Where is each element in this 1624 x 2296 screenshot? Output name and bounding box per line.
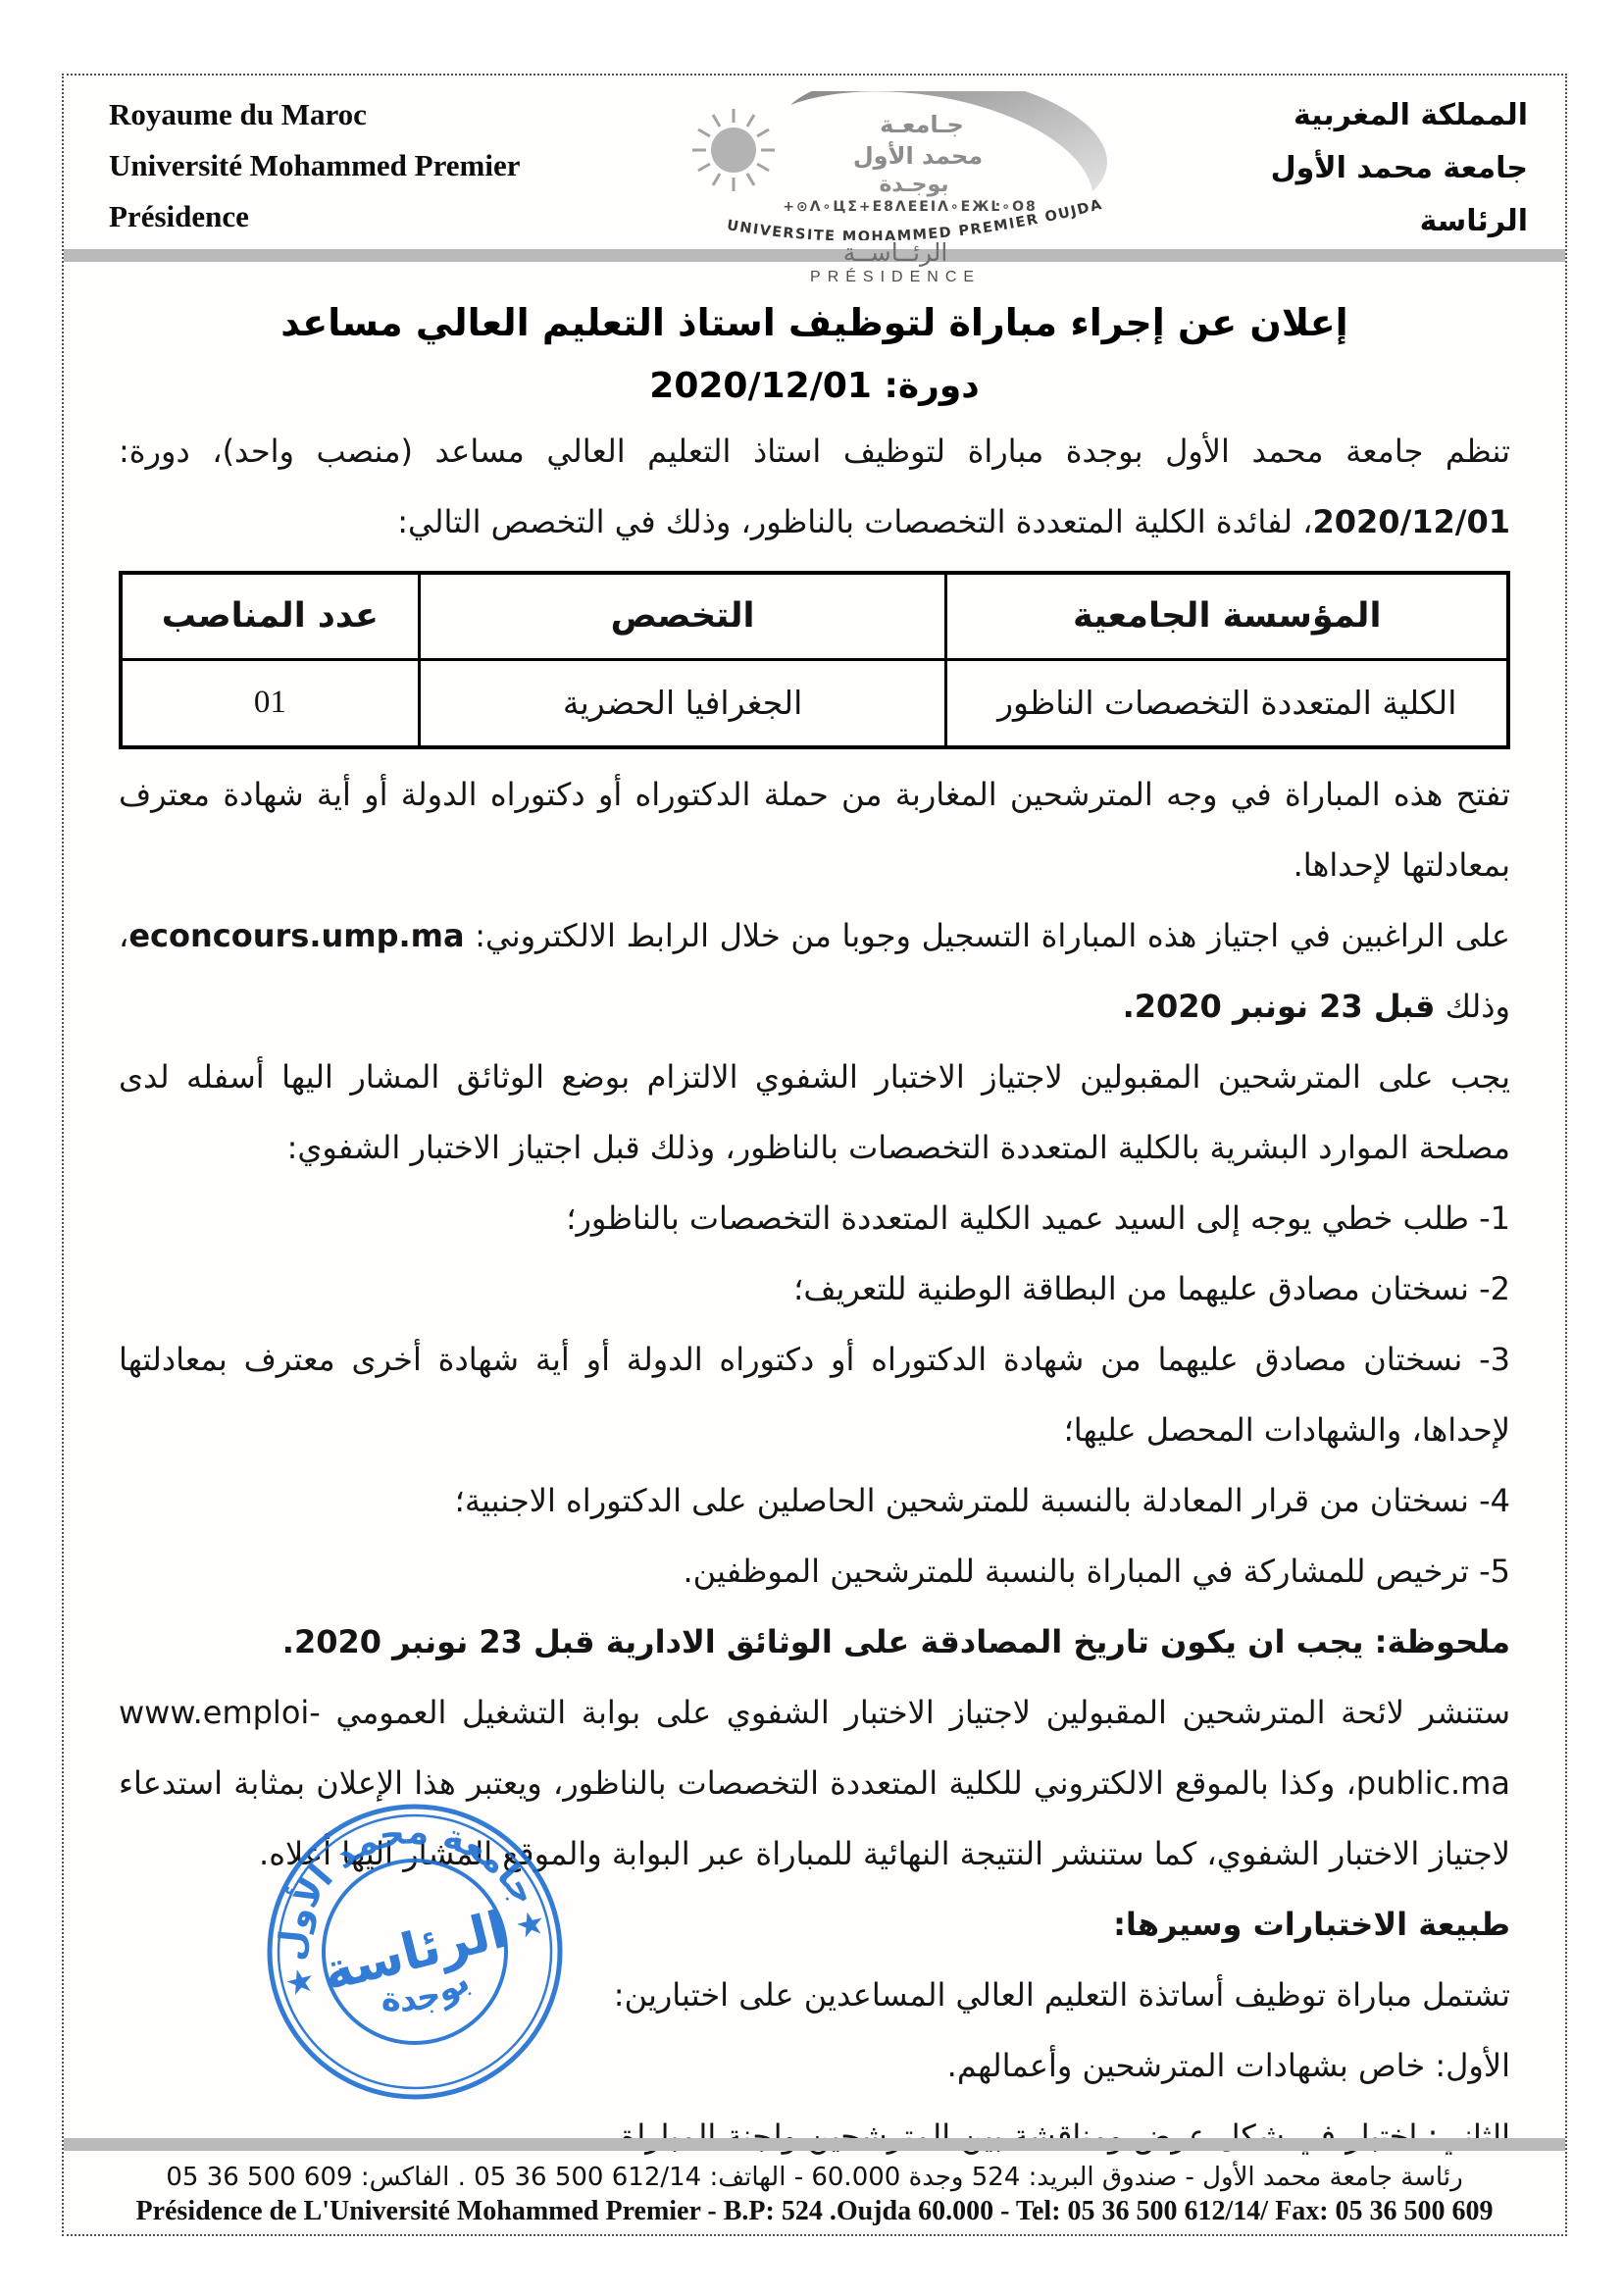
eligibility-paragraph: تفتح هذه المباراة في وجه المترشحين المغا…: [119, 759, 1510, 900]
logo-arabic-3: بوجـدة: [879, 173, 948, 197]
publication-paragraph: ستنشر لائحة المترشحين المقبولين لاجتياز …: [119, 1677, 1510, 1889]
logo-tifinagh: +⊙Λ∘ЦΣ+Ε8ΛΕΕΙΛ∘ΕЖĿ∘O8: [783, 199, 1037, 215]
col-posts: عدد المناصب: [121, 573, 419, 659]
registration-paragraph: على الراغبين في اجتياز هذه المباراة التس…: [119, 900, 1510, 1042]
logo-arabic-2: محمد الأول: [853, 141, 983, 170]
registration-text: على الراغبين في اجتياز هذه المباراة التس…: [465, 917, 1510, 954]
kingdom-fr: Royaume du Maroc: [109, 89, 521, 140]
announcement-title: إعلان عن إجراء مباراة لتوظيف استاذ التعل…: [119, 301, 1510, 344]
session-line: دورة: 2020/12/01: [119, 366, 1510, 406]
publication-text: ستنشر لائحة المترشحين المقبولين لاجتياز …: [321, 1694, 1510, 1731]
col-specialty: التخصص: [419, 573, 946, 659]
presidency-fr: Présidence: [109, 191, 521, 242]
university-logo: جـامعـة محمد الأول بوجـدة +⊙Λ∘ЦΣ+Ε8ΛΕΕΙΛ…: [660, 91, 1131, 286]
exams-intro: تشتمل مباراة توظيف أساتذة التعليم العالي…: [119, 1960, 1510, 2030]
document-frame: Royaume du Maroc Université Mohammed Pre…: [62, 74, 1567, 2236]
university-ar: جامعة محمد الأول: [1271, 142, 1528, 195]
logo-arabic-1: جـامعـة: [880, 111, 964, 138]
university-fr: Université Mohammed Premier: [109, 140, 521, 191]
cell-institution: الكلية المتعددة التخصصات الناظور: [946, 659, 1508, 747]
cell-specialty: الجغرافيا الحضرية: [419, 659, 946, 747]
documents-intro-paragraph: يجب على المترشحين المقبولين لاجتياز الاخ…: [119, 1042, 1510, 1183]
exam-first: الأول: خاص بشهادات المترشحين وأعمالهم.: [119, 2030, 1510, 2101]
footer-contact-ar: رئاسة جامعة محمد الأول - صندوق البريد: 5…: [64, 2163, 1565, 2192]
note-paragraph: ملحوظة: يجب ان يكون تاريخ المصادقة على ا…: [119, 1607, 1510, 1677]
positions-table: المؤسسة الجامعية التخصص عدد المناصب الكل…: [119, 571, 1510, 749]
intro-paragraph: تنظم جامعة محمد الأول بوجدة مباراة لتوظي…: [119, 416, 1510, 557]
registration-link: econcours.ump.ma: [128, 917, 464, 954]
document-item-4: 4- نسختان من قرار المعادلة بالنسبة للمتر…: [119, 1465, 1510, 1536]
footer-contact-fr: Présidence de L'Université Mohammed Prem…: [64, 2196, 1565, 2234]
publication-text-2: ، وكذا بالموقع الالكتروني للكلية المتعدد…: [119, 1764, 1510, 1872]
letterhead-french: Royaume du Maroc Université Mohammed Pre…: [109, 89, 521, 242]
document-item-5: 5- ترخيص للمشاركة في المباراة بالنسبة لل…: [119, 1536, 1510, 1607]
exams-heading: طبيعة الاختبارات وسيرها:: [119, 1889, 1510, 1960]
session-date: 2020/12/01: [649, 366, 872, 406]
col-institution: المؤسسة الجامعية: [946, 573, 1508, 659]
letterhead: Royaume du Maroc Université Mohammed Pre…: [64, 76, 1565, 244]
footer-divider: [64, 2138, 1565, 2151]
intro-text: تنظم جامعة محمد الأول بوجدة مباراة لتوظي…: [119, 433, 1510, 470]
footer: رئاسة جامعة محمد الأول - صندوق البريد: 5…: [64, 2138, 1565, 2234]
logo-presidency-fr: PRÉSIDENCE: [660, 269, 1131, 286]
document-item-3: 3- نسختان مصادق عليهما من شهادة الدكتورا…: [119, 1324, 1510, 1465]
announcement-body: إعلان عن إجراء مباراة لتوظيف استاذ التعل…: [64, 301, 1565, 2171]
sun-icon: [692, 109, 775, 191]
session-label: دورة:: [872, 366, 980, 406]
cell-posts: 01: [121, 659, 419, 747]
document-item-1: 1- طلب خطي يوجه إلى السيد عميد الكلية ال…: [119, 1183, 1510, 1253]
kingdom-ar: المملكة المغربية: [1271, 89, 1528, 142]
presidency-ar: الرئاسة: [1271, 195, 1528, 248]
logo-presidency-ar: الرئــاســة: [660, 238, 1131, 267]
intro-text-2: ، لفائدة الكلية المتعددة التخصصات بالناظ…: [397, 503, 1312, 540]
table-row: الكلية المتعددة التخصصات الناظور الجغراف…: [121, 659, 1508, 747]
intro-date: 2020/12/01: [1313, 503, 1511, 540]
registration-deadline: قبل 23 نونبر 2020.: [1123, 988, 1436, 1025]
letterhead-arabic: المملكة المغربية جامعة محمد الأول الرئاس…: [1271, 89, 1528, 248]
document-item-2: 2- نسختان مصادق عليهما من البطاقة الوطني…: [119, 1253, 1510, 1324]
table-header-row: المؤسسة الجامعية التخصص عدد المناصب: [121, 573, 1508, 659]
university-logo-icon: جـامعـة محمد الأول بوجـدة +⊙Λ∘ЦΣ+Ε8ΛΕΕΙΛ…: [665, 91, 1126, 240]
